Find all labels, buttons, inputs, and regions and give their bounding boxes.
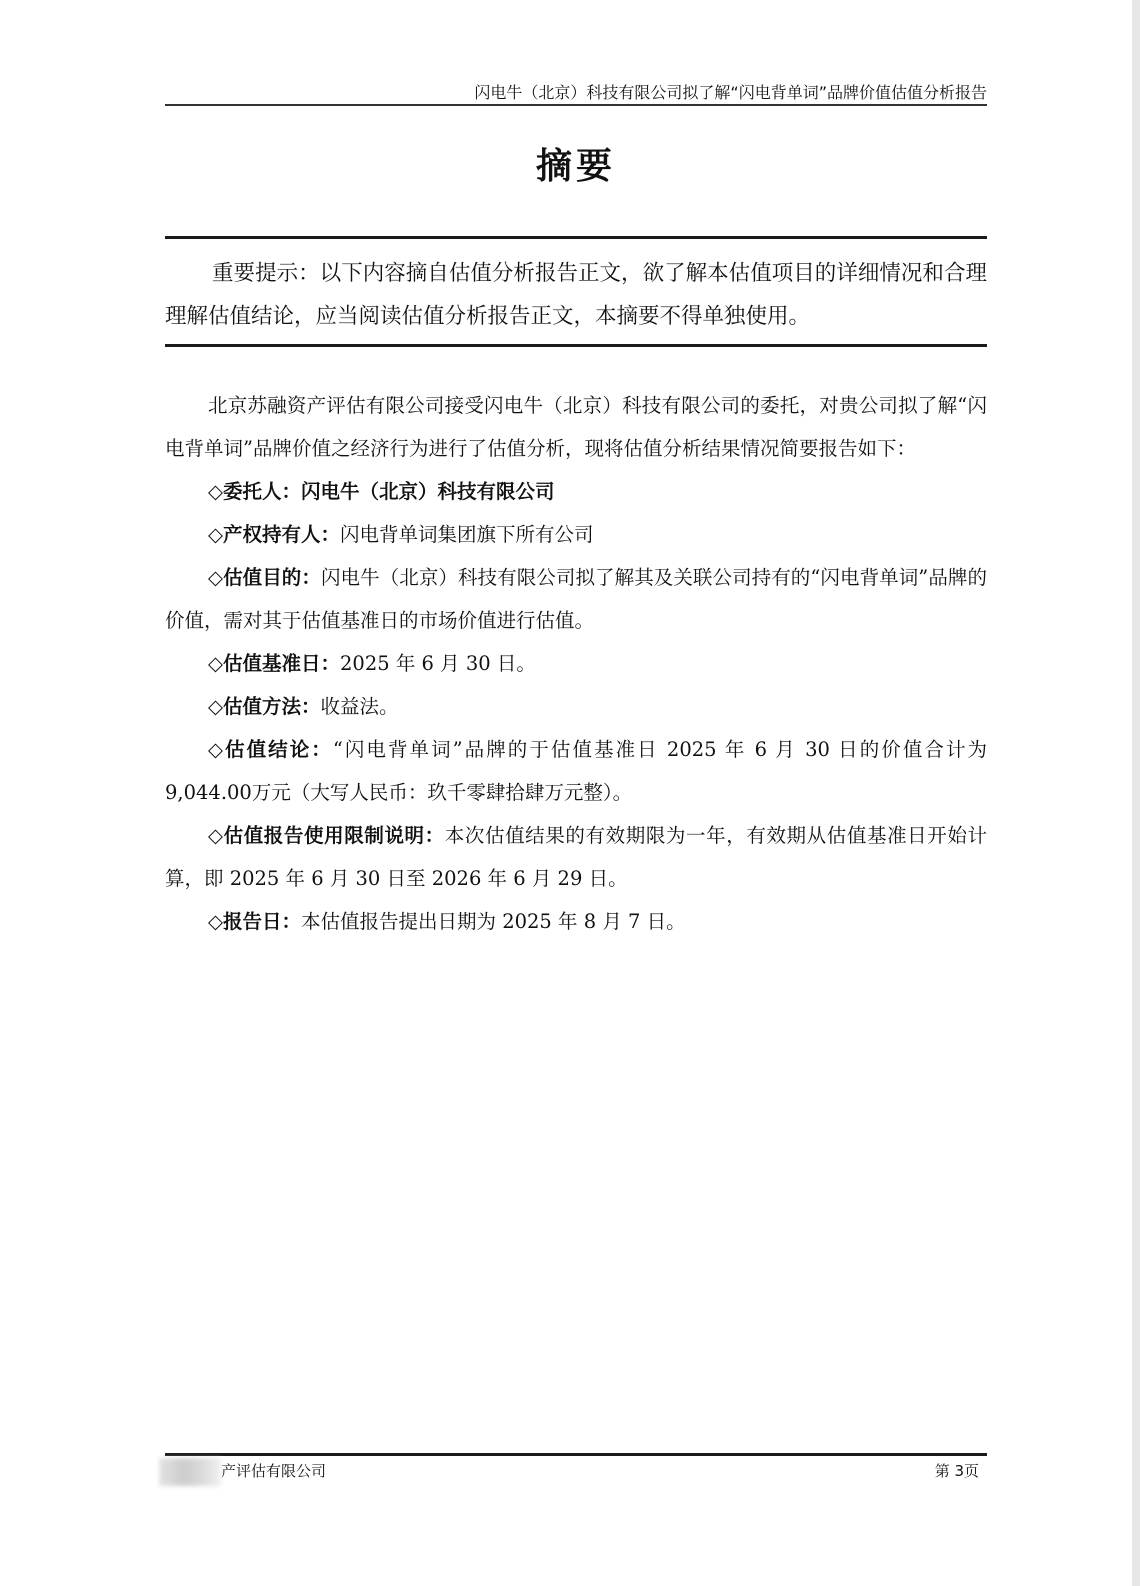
viewer-edge-strip (1132, 0, 1140, 1586)
item-client: ◇委托人：闪电牛（北京）科技有限公司 (165, 470, 987, 513)
item-report-date: ◇报告日：本估值报告提出日期为 2025 年 8 月 7 日。 (165, 900, 987, 943)
item-base-date: ◇估值基准日：2025 年 6 月 30 日。 (165, 642, 987, 685)
intro-paragraph: 北京苏融资产评估有限公司接受闪电牛（北京）科技有限公司的委托，对贵公司拟了解“闪… (165, 384, 987, 470)
important-notice: 重要提示：以下内容摘自估值分析报告正文，欲了解本估值项目的详细情况和合理理解估值… (165, 252, 987, 338)
footer-company-text: 产评估有限公司 (221, 1462, 326, 1480)
item-text: 2025 年 6 月 30 日。 (340, 652, 536, 675)
footer-company: 产评估有限公司 (165, 1460, 326, 1481)
item-text: 闪电背单词集团旗下所有公司 (340, 523, 594, 546)
header-rule (165, 104, 987, 106)
intro-text: 北京苏融资产评估有限公司接受闪电牛（北京）科技有限公司的委托，对贵公司拟了解“闪… (165, 394, 987, 460)
page-title: 摘要 (165, 138, 987, 189)
item-label: ◇产权持有人： (208, 523, 340, 546)
item-owner: ◇产权持有人：闪电背单词集团旗下所有公司 (165, 513, 987, 556)
notice-text: 重要提示：以下内容摘自估值分析报告正文，欲了解本估值项目的详细情况和合理理解估值… (165, 261, 987, 329)
item-conclusion: ◇估值结论：“闪电背单词”品牌的于估值基准日 2025 年 6 月 30 日的价… (165, 728, 987, 814)
footer-rule (165, 1453, 987, 1456)
item-label: ◇估值基准日： (208, 652, 340, 675)
item-label: ◇估值方法： (208, 695, 321, 718)
notice-bottom-rule (165, 344, 987, 347)
item-label: ◇委托人：闪电牛（北京）科技有限公司 (208, 480, 555, 503)
summary-body: 北京苏融资产评估有限公司接受闪电牛（北京）科技有限公司的委托，对贵公司拟了解“闪… (165, 384, 987, 943)
redaction-blur (159, 1458, 221, 1486)
item-label: ◇估值结论： (208, 738, 333, 761)
item-usage-limit: ◇估值报告使用限制说明：本次估值结果的有效期限为一年，有效期从估值基准日开始计算… (165, 814, 987, 900)
page-number: 第 3页 (935, 1460, 979, 1481)
notice-top-rule (165, 236, 987, 239)
item-purpose: ◇估值目的：闪电牛（北京）科技有限公司拟了解其及关联公司持有的“闪电背单词”品牌… (165, 556, 987, 642)
item-label: ◇报告日： (208, 910, 301, 933)
running-header: 闪电牛（北京）科技有限公司拟了解“闪电背单词”品牌价值估值分析报告 (165, 80, 987, 103)
item-label: ◇估值目的： (208, 566, 321, 589)
item-text: 本估值报告提出日期为 2025 年 8 月 7 日。 (301, 910, 686, 933)
item-text: 收益法。 (321, 695, 399, 718)
document-page: 闪电牛（北京）科技有限公司拟了解“闪电背单词”品牌价值估值分析报告 摘要 重要提… (165, 0, 987, 1586)
item-label: ◇估值报告使用限制说明： (208, 824, 445, 847)
item-method: ◇估值方法：收益法。 (165, 685, 987, 728)
